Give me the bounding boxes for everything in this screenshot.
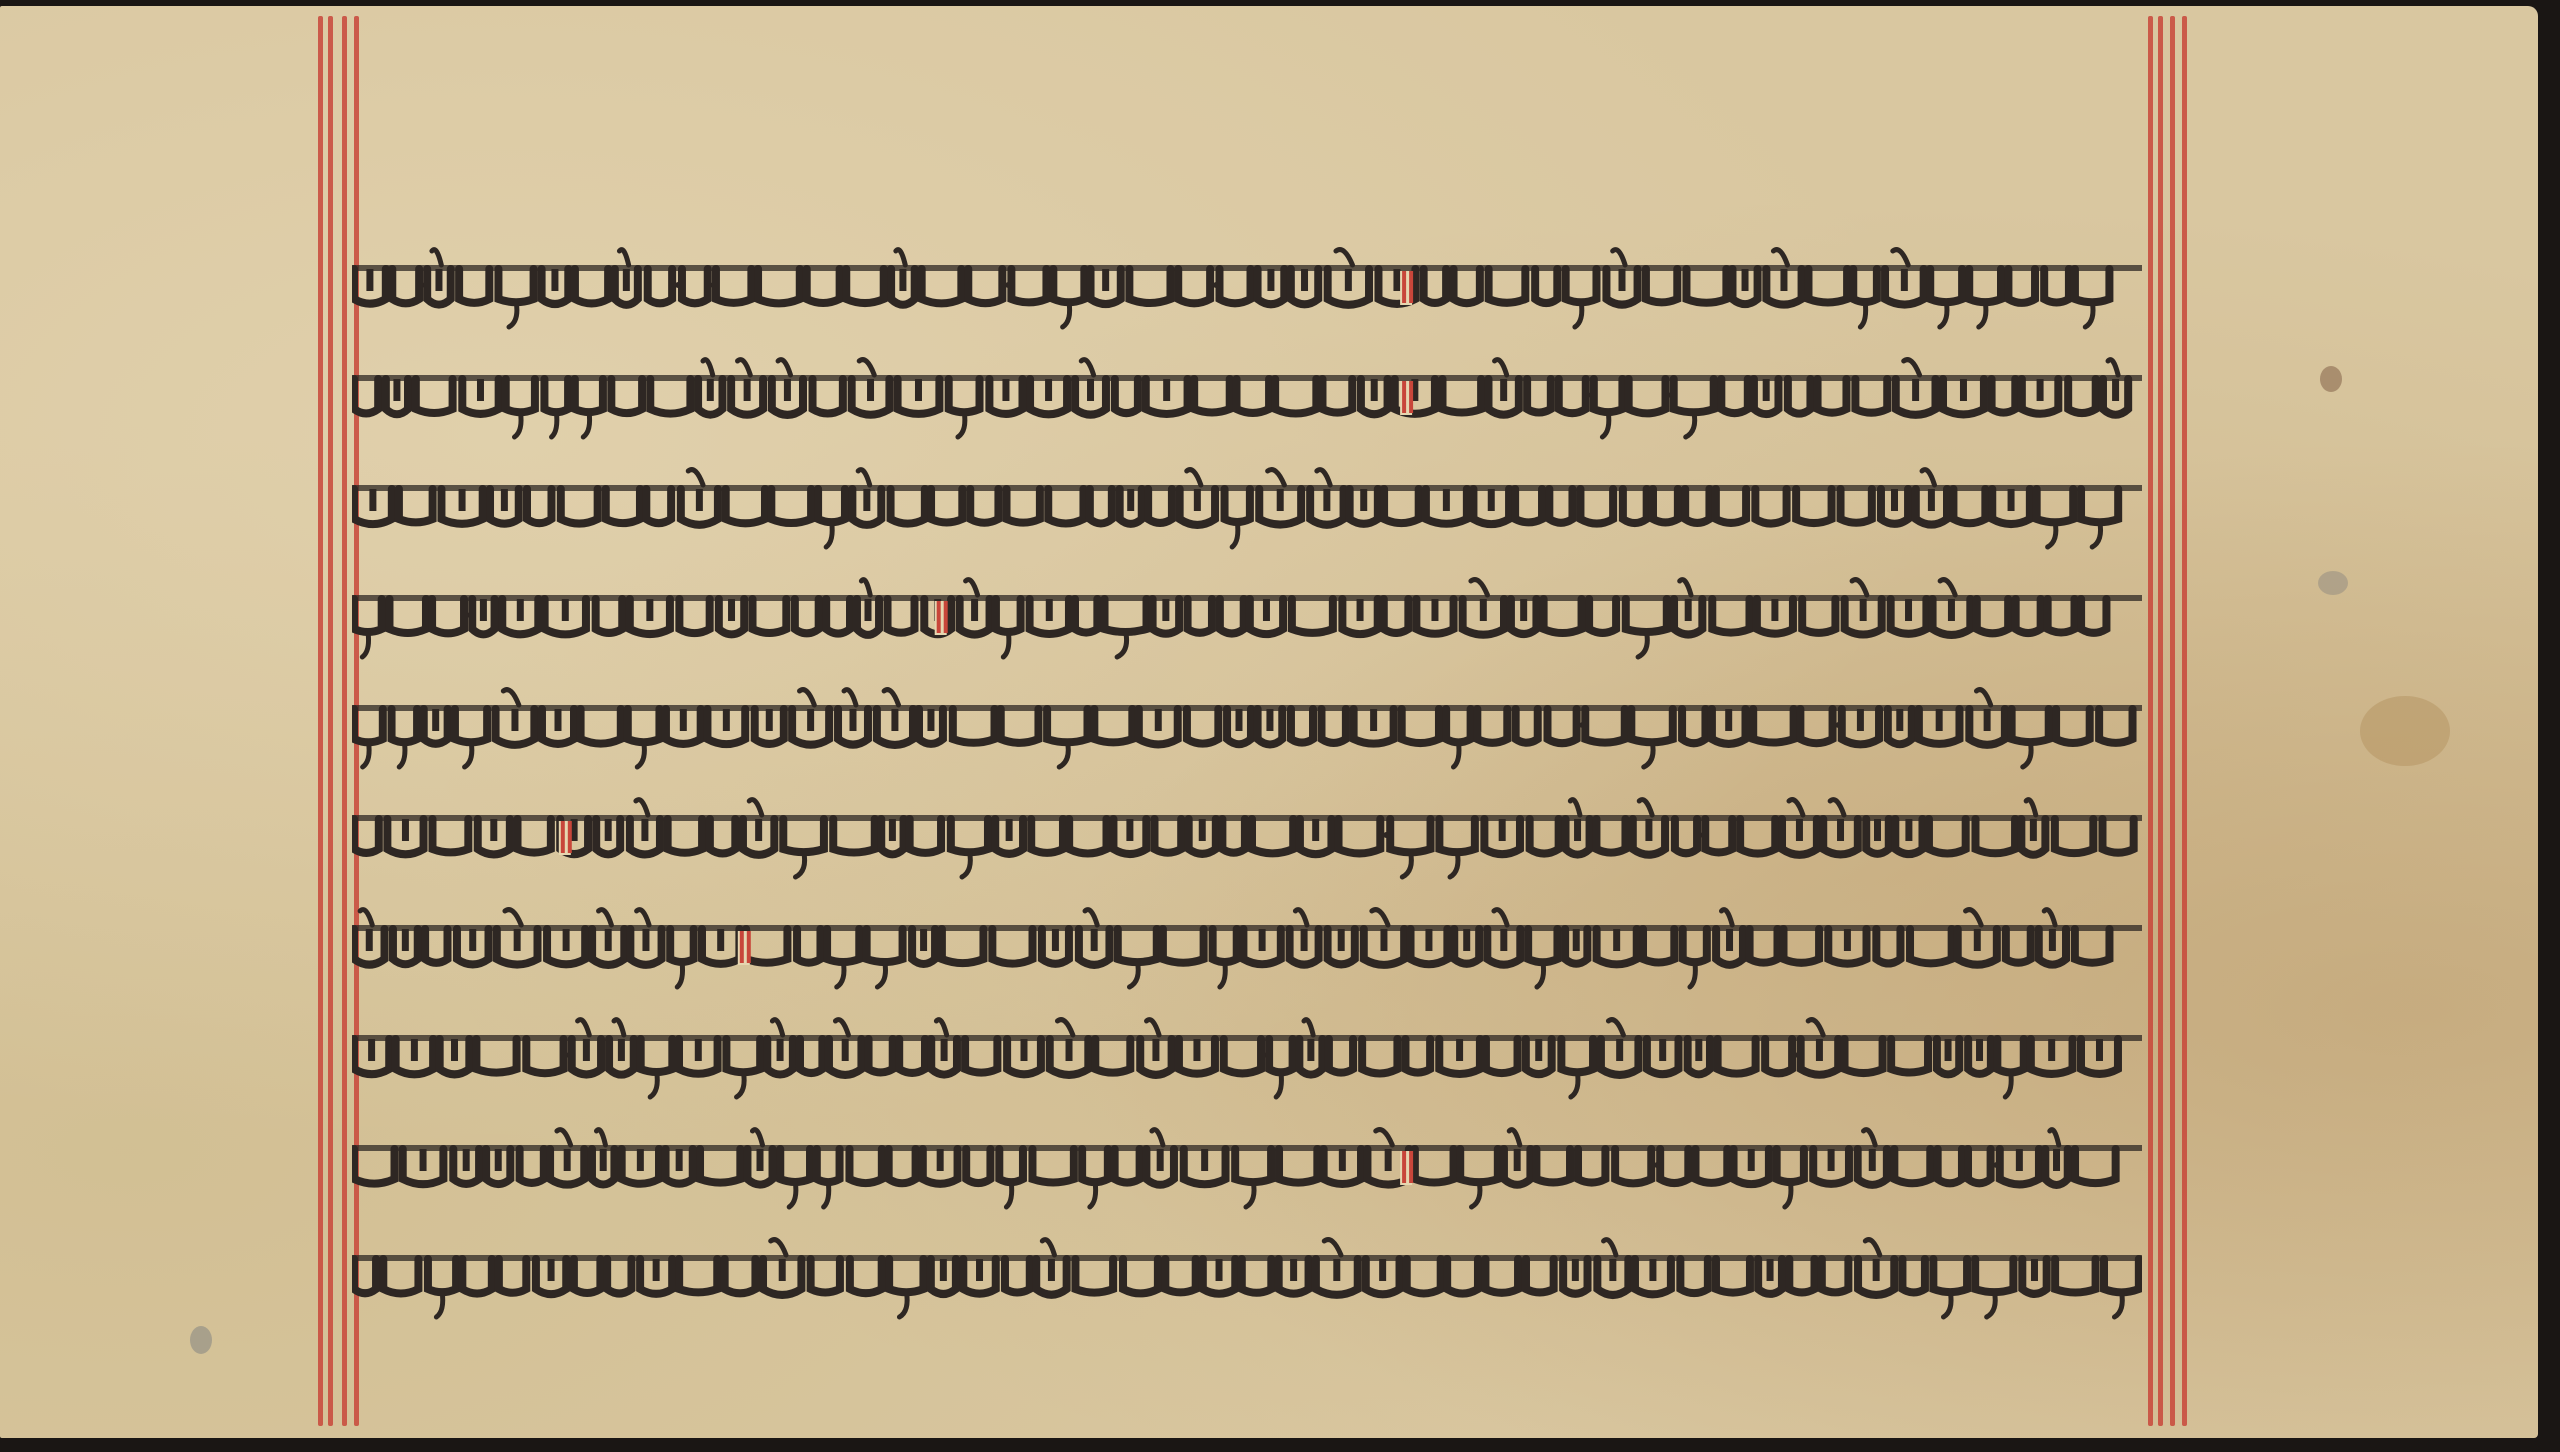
manuscript-line — [352, 661, 2142, 771]
manuscript-line — [352, 331, 2142, 441]
right-margin-rule — [2148, 16, 2153, 1426]
manuscript-line — [352, 441, 2142, 551]
right-margin-rule — [2182, 16, 2187, 1426]
paper-stain — [2318, 571, 2348, 595]
paper-stain — [190, 1326, 212, 1354]
manuscript-line — [352, 881, 2142, 991]
text-block — [352, 221, 2142, 1321]
manuscript-line — [352, 991, 2142, 1101]
right-margin-rule — [2158, 16, 2163, 1426]
manuscript-line — [352, 771, 2142, 881]
left-margin-rule — [328, 16, 333, 1426]
left-margin-rule — [342, 16, 347, 1426]
paper-stain — [2360, 696, 2450, 766]
manuscript-line — [352, 221, 2142, 331]
manuscript-line — [352, 1211, 2142, 1321]
left-margin-rule — [318, 16, 323, 1426]
manuscript-line — [352, 551, 2142, 661]
right-margin-rule — [2170, 16, 2175, 1426]
manuscript-folio — [0, 6, 2538, 1438]
paper-stain — [2320, 366, 2342, 392]
manuscript-line — [352, 1101, 2142, 1211]
